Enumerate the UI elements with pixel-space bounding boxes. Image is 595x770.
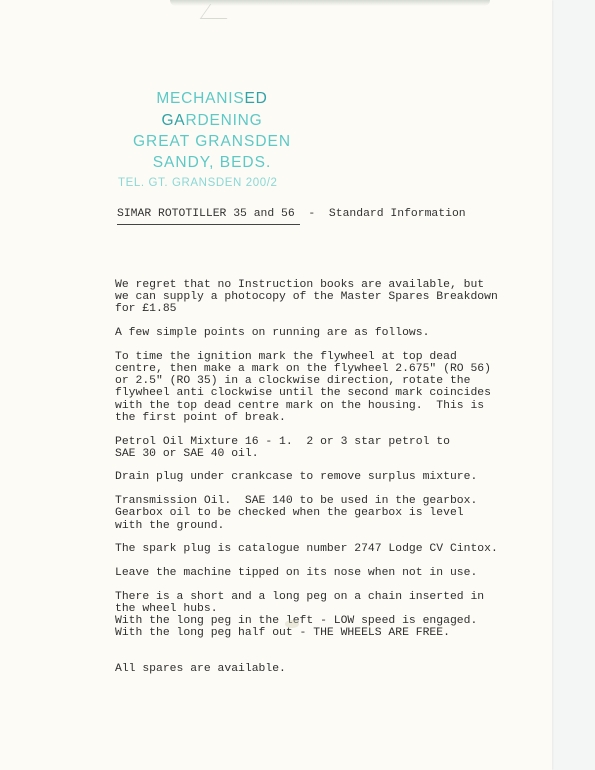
paper-smudge [285, 620, 299, 628]
paragraph-spares: All spares are available. [115, 663, 535, 675]
paragraph-drain-plug: Drain plug under crankcase to remove sur… [115, 471, 535, 483]
paragraph-ignition-timing: To time the ignition mark the flywheel a… [115, 351, 535, 424]
company-name-part: RDENING [185, 112, 262, 129]
paragraph-transmission-oil: Transmission Oil. SAE 140 to be used in … [115, 495, 535, 532]
document-page: MECHANISED GARDENING GREAT GRANSDEN SAND… [0, 0, 552, 770]
paragraph-fuel-mixture: Petrol Oil Mixture 16 - 1. 2 or 3 star p… [115, 436, 535, 460]
paragraph-running-points: A few simple points on running are as fo… [115, 327, 535, 339]
paragraph-wheel-pegs: There is a short and a long peg on a cha… [115, 591, 535, 640]
letterhead-town: SANDY, BEDS. [112, 152, 312, 174]
subject-underline [117, 224, 300, 225]
document-body: We regret that no Instruction books are … [115, 279, 535, 687]
letterhead-village: GREAT GRANSDEN [112, 132, 312, 152]
paragraph-spark-plug: The spark plug is catalogue number 2747 … [115, 543, 535, 555]
letterhead-stamp: MECHANISED GARDENING GREAT GRANSDEN SAND… [112, 88, 312, 192]
paragraph-intro: We regret that no Instruction books are … [115, 279, 535, 316]
letterhead-company-name: MECHANISED GARDENING [112, 88, 312, 132]
paragraph-storage: Leave the machine tipped on its nose whe… [115, 567, 535, 579]
letterhead-telephone: TEL. GT. GRANSDEN 200/2 [112, 174, 312, 192]
company-name-part: MECHANIS [156, 90, 244, 107]
document-subject: SIMAR ROTOTILLER 35 and 56 - Standard In… [117, 208, 466, 220]
paper-crease [200, 4, 238, 19]
